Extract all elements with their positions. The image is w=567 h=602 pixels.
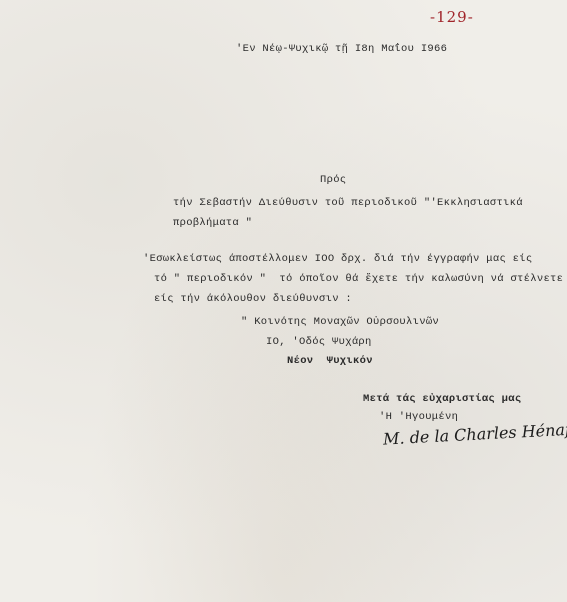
signatory-title: 'Η 'Ηγουμένη — [379, 411, 458, 423]
recipient-line-1: τήν Σεβαστήν Διεύθυσιν τοῦ περιοδικοῦ "'… — [173, 197, 523, 209]
dateline: 'Εν Νέῳ-Ψυχικῷ τῇ Ι8η Μαΐου Ι966 — [236, 43, 447, 55]
letter-page: -129- 'Εν Νέῳ-Ψυχικῷ τῇ Ι8η Μαΐου Ι966 Π… — [0, 0, 567, 602]
closing: Μετά τάς εὐχαριστίας μας — [363, 393, 521, 405]
address-line-3: Νέον Ψυχικόν — [287, 355, 373, 367]
salutation: Πρός — [320, 174, 346, 186]
page-number: -129- — [430, 8, 474, 26]
address-line-2: ΙΟ, 'Οδός Ψυχάρη — [266, 336, 372, 348]
body-line-1: 'Εσωκλείστως άποστέλλομεν ΙΟΟ δρχ. διά τ… — [143, 253, 532, 265]
address-line-1: " Κοινότης Μοναχῶν Οὐρσουλινῶν — [241, 316, 439, 328]
body-line-2: τό " περιοδικόν " τό όποῖον θά ἔχετε τήν… — [154, 273, 563, 285]
body-line-3: είς τήν άκόλουθον διεύθυνσιν : — [154, 293, 352, 305]
recipient-line-2: προβλήματα " — [173, 217, 252, 229]
